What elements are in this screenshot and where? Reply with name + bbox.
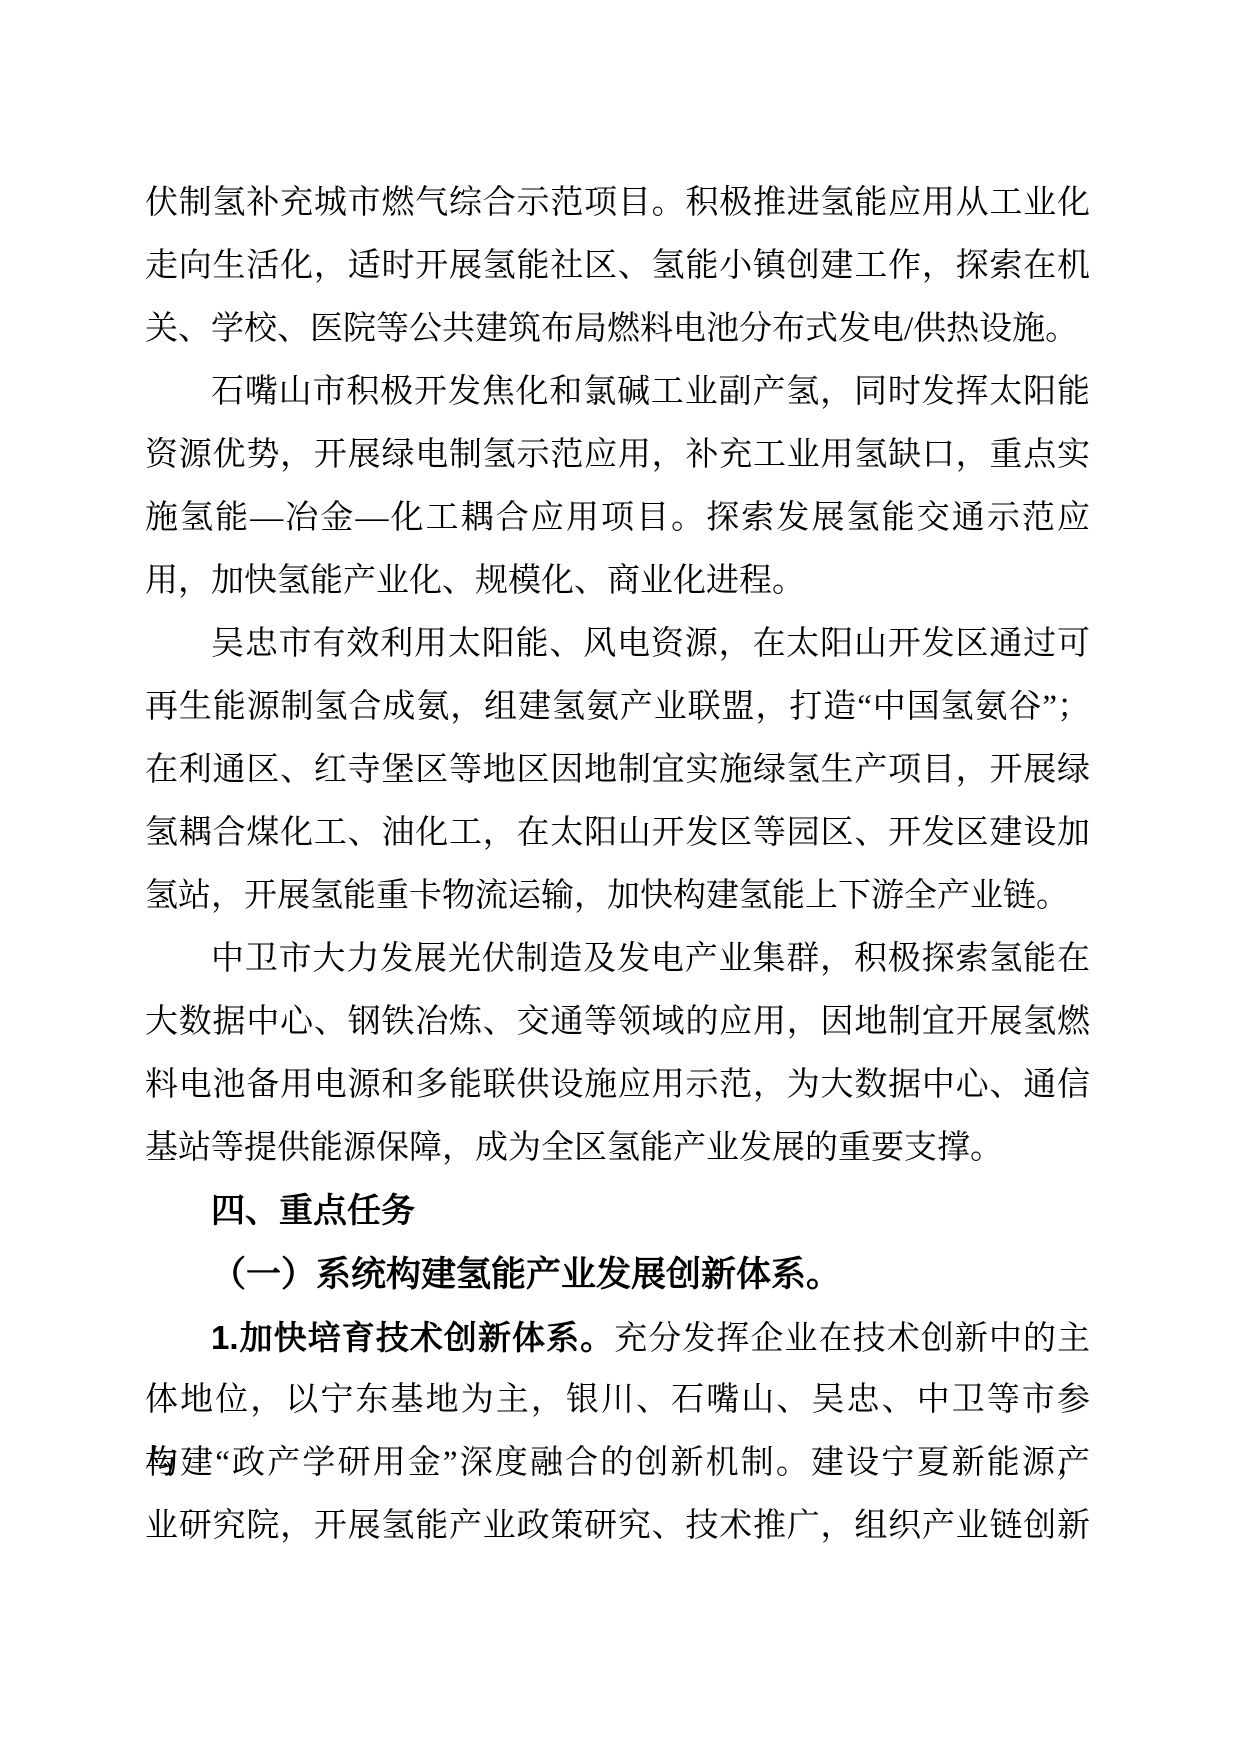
text-line: 业研究院，开展氢能产业政策研究、技术推广，组织产业链创新 — [145, 1495, 1090, 1558]
text-line: 用，加快氢能产业化、规模化、商业化进程。 — [145, 550, 1090, 613]
text-line: 构建“政产学研用金”深度融合的创新机制。建设宁夏新能源产 — [145, 1432, 1090, 1495]
paragraph-lead-rest: 充分发挥企业在技术创新中的主 — [614, 1321, 1090, 1357]
paragraph-lead-bold: 1.加快培育技术创新体系。 — [211, 1319, 614, 1356]
text-line: 在利通区、红寺堡区等地区因地制宜实施绿氢生产项目，开展绿 — [145, 739, 1090, 802]
text-line: 资源优势，开展绿电制氢示范应用，补充工业用氢缺口，重点实 — [145, 424, 1090, 487]
subsection-heading: （一）系统构建氢能产业发展创新体系。 — [145, 1243, 1090, 1306]
paragraph: 伏制氢补充城市燃气综合示范项目。积极推进氢能应用从工业化 走向生活化，适时开展氢… — [145, 172, 1090, 361]
text-line: 1.加快培育技术创新体系。充分发挥企业在技术创新中的主 — [145, 1306, 1090, 1369]
text-line: 氢站，开展氢能重卡物流运输，加快构建氢能上下游全产业链。 — [145, 865, 1090, 928]
text-line: 吴忠市有效利用太阳能、风电资源，在太阳山开发区通过可 — [145, 613, 1090, 676]
text-line: 施氢能—冶金—化工耦合应用项目。探索发展氢能交通示范应 — [145, 487, 1090, 550]
text-line: 石嘴山市积极开发焦化和氯碱工业副产氢，同时发挥太阳能 — [145, 361, 1090, 424]
paragraph: 吴忠市有效利用太阳能、风电资源，在太阳山开发区通过可 再生能源制氢合成氨，组建氢… — [145, 613, 1090, 928]
text-line: 走向生活化，适时开展氢能社区、氢能小镇创建工作，探索在机 — [145, 235, 1090, 298]
text-line: 基站等提供能源保障，成为全区氢能产业发展的重要支撑。 — [145, 1117, 1090, 1180]
document-page: 伏制氢补充城市燃气综合示范项目。积极推进氢能应用从工业化 走向生活化，适时开展氢… — [0, 0, 1240, 1754]
paragraph: 1.加快培育技术创新体系。充分发挥企业在技术创新中的主 体地位，以宁东基地为主，… — [145, 1306, 1090, 1558]
text-line: 体地位，以宁东基地为主，银川、石嘴山、吴忠、中卫等市参与， — [145, 1369, 1090, 1432]
paragraph: 中卫市大力发展光伏制造及发电产业集群，积极探索氢能在 大数据中心、钢铁冶炼、交通… — [145, 928, 1090, 1180]
text-line: 中卫市大力发展光伏制造及发电产业集群，积极探索氢能在 — [145, 928, 1090, 991]
text-line: 伏制氢补充城市燃气综合示范项目。积极推进氢能应用从工业化 — [145, 172, 1090, 235]
text-line: 料电池备用电源和多能联供设施应用示范，为大数据中心、通信 — [145, 1054, 1090, 1117]
text-line: 氢耦合煤化工、油化工，在太阳山开发区等园区、开发区建设加 — [145, 802, 1090, 865]
paragraph: 石嘴山市积极开发焦化和氯碱工业副产氢，同时发挥太阳能 资源优势，开展绿电制氢示范… — [145, 361, 1090, 613]
text-line: 关、学校、医院等公共建筑布局燃料电池分布式发电/供热设施。 — [145, 298, 1090, 361]
text-line: 再生能源制氢合成氨，组建氢氨产业联盟，打造“中国氢氨谷”； — [145, 676, 1090, 739]
section-heading-level1: 四、重点任务 — [145, 1180, 1090, 1243]
text-line: 大数据中心、钢铁冶炼、交通等领域的应用，因地制宜开展氢燃 — [145, 991, 1090, 1054]
